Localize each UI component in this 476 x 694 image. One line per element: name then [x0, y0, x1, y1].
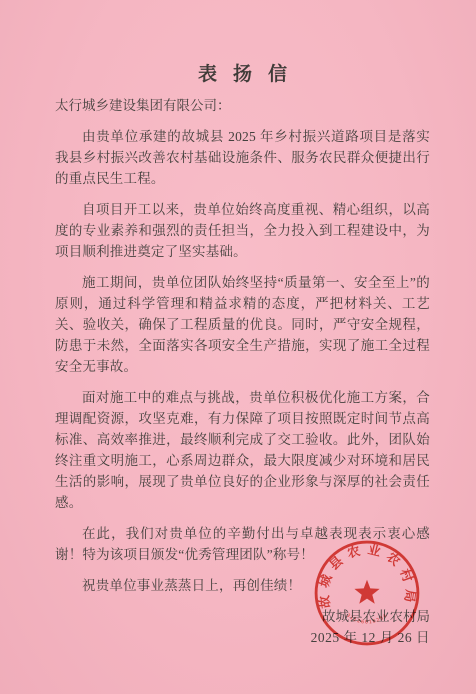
letter-title: 表扬信	[55, 64, 430, 86]
letter-paragraph-6: 祝贵单位事业蒸蒸日上，再创佳绩！	[55, 575, 430, 596]
letter-paragraph-3: 施工期间，贵单位团队始终坚持“质量第一、安全至上”的原则，通过科学管理和精益求精…	[55, 272, 430, 377]
letter-paragraph-5: 在此，我们对贵单位的辛勤付出与卓越表现表示衷心感谢！特为该项目颁发“优秀管理团队…	[55, 523, 430, 565]
commendation-letter-page: 表扬信 太行城乡建设集团有限公司： 由贵单位承建的故城县 2025 年乡村振兴道…	[0, 0, 476, 694]
letter-paragraph-1: 由贵单位承建的故城县 2025 年乡村振兴道路项目是落实我县乡村振兴改善农村基础…	[55, 126, 430, 189]
letter-date: 2025 年 12 月 26 日	[55, 627, 430, 648]
letter-signature: 故城县农业农村局	[55, 606, 430, 627]
letter-paragraph-4: 面对施工中的难点与挑战，贵单位积极优化施工方案，合理调配资源，攻坚克难，有力保障…	[55, 387, 430, 513]
letter-recipient: 太行城乡建设集团有限公司：	[55, 95, 430, 116]
letter-paragraph-2: 自项目开工以来，贵单位始终高度重视、精心组织，以高度的专业素养和强烈的责任担当，…	[55, 199, 430, 262]
